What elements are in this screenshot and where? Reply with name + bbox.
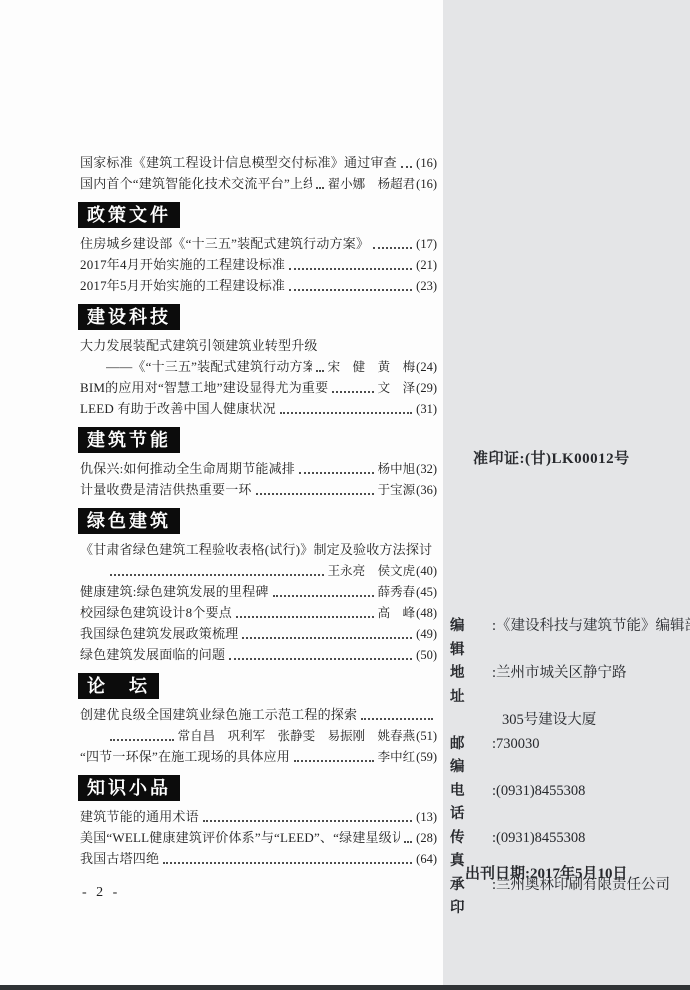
- toc-entry-title: 《甘肃省绿色建筑工程验收表格(试行)》制定及验收方法探讨: [80, 539, 432, 558]
- toc-entry-page-number: (29): [416, 381, 437, 396]
- info-value: :兰州市城关区静宁路: [492, 662, 686, 686]
- toc-entry: ——《“十三五”装配式建筑行动方案》解读宋 健 黄 梅(24): [80, 356, 437, 377]
- toc-entry-title: 住房城乡建设部《“十三五”装配式建筑行动方案》: [80, 233, 369, 252]
- toc-entry: 校园绿色建筑设计8个要点高 峰(48): [80, 602, 437, 623]
- info-label: 邮 编: [450, 733, 492, 780]
- leader-dots: [289, 289, 412, 291]
- toc-entry-authors: 王永亮 侯文虎: [328, 561, 416, 579]
- toc-entry-authors: 翟小娜 杨超君: [328, 174, 416, 192]
- info-value: :(0931)8455308: [492, 827, 686, 851]
- toc-entry-authors: 李中红: [378, 747, 416, 765]
- toc-entry-title: 我国古塔四绝: [80, 848, 159, 867]
- toc-entry-page-number: (51): [416, 729, 437, 744]
- toc-entry-page-number: (31): [416, 402, 437, 417]
- toc-entry-page-number: (50): [416, 648, 437, 663]
- toc-pane: 国家标准《建筑工程设计信息模型交付标准》通过审查(16)国内首个“建筑智能化技术…: [0, 0, 443, 990]
- info-value-second-line: 305号建设大厦: [450, 709, 686, 733]
- toc-entry-page-number: (17): [416, 237, 437, 252]
- leader-dots: [236, 616, 374, 618]
- toc-entry: 王永亮 侯文虎(40): [80, 560, 437, 581]
- toc-entry-page-number: (45): [416, 585, 437, 600]
- toc-entry: 2017年4月开始实施的工程建设标准(21): [80, 254, 437, 275]
- info-label: 地 址: [450, 662, 492, 709]
- toc-entry-title: “四节一环保”在施工现场的具体应用: [80, 746, 290, 765]
- toc-entry-title: 校园绿色建筑设计8个要点: [80, 602, 232, 621]
- toc-entry-page-number: (28): [416, 831, 437, 846]
- section-header: 绿色建筑: [78, 508, 180, 534]
- leader-dots: [110, 574, 324, 576]
- leader-dots: [404, 841, 412, 843]
- toc-entry-page-number: (16): [416, 177, 437, 192]
- toc-entry-page-number: (49): [416, 627, 437, 642]
- leader-dots: [110, 739, 174, 741]
- toc-entry-page-number: (23): [416, 279, 437, 294]
- toc-entry: 国家标准《建筑工程设计信息模型交付标准》通过审查(16): [80, 152, 437, 173]
- section-header: 建筑节能: [78, 427, 180, 453]
- toc-entry-title: 2017年4月开始实施的工程建设标准: [80, 254, 285, 273]
- toc-entry-title: LEED 有助于改善中国人健康状况: [80, 398, 276, 417]
- toc-entry-title: 仇保兴:如何推动全生命周期节能减排: [80, 458, 295, 477]
- leader-dots: [373, 247, 412, 249]
- toc-entry-title: 大力发展装配式建筑引领建筑业转型升级: [80, 335, 318, 354]
- leader-dots: [242, 637, 412, 639]
- leader-dots: [332, 391, 373, 393]
- toc-entry-page-number: (64): [416, 852, 437, 867]
- toc-entry-page-number: (24): [416, 360, 437, 375]
- toc-entry-page-number: (48): [416, 606, 437, 621]
- toc-entry: 建筑节能的通用术语(13): [80, 806, 437, 827]
- leader-dots: [280, 412, 412, 414]
- toc-entry-authors: 高 峰: [378, 603, 416, 621]
- publisher-info-row: 电 话:(0931)8455308: [450, 780, 686, 827]
- page-bottom-edge: [0, 985, 690, 990]
- section-header: 建设科技: [78, 304, 180, 330]
- toc-entry-title: 创建优良级全国建筑业绿色施工示范工程的探索: [80, 704, 357, 723]
- toc-entry-authors: 于宝源: [378, 480, 416, 498]
- section-header: 政策文件: [78, 202, 180, 228]
- leader-dots: [203, 820, 412, 822]
- toc-entry-page-number: (16): [416, 156, 437, 171]
- toc-entry-title: ——《“十三五”装配式建筑行动方案》解读: [106, 356, 312, 375]
- info-value: :730030: [492, 733, 686, 757]
- toc-entry: 美国“WELL健康建筑评价体系”与“LEED”、“绿建星级认证体系”(28): [80, 827, 437, 848]
- toc-entry: 健康建筑:绿色建筑发展的里程碑薛秀春(45): [80, 581, 437, 602]
- print-permit-number: 准印证:(甘)LK00012号: [473, 447, 630, 468]
- publication-date: 出刊日期:2017年5月10日: [465, 862, 628, 883]
- toc-entry-title: 建筑节能的通用术语: [80, 806, 199, 825]
- journal-toc-page: 国家标准《建筑工程设计信息模型交付标准》通过审查(16)国内首个“建筑智能化技术…: [0, 0, 690, 990]
- toc-entry-title: 2017年5月开始实施的工程建设标准: [80, 275, 285, 294]
- toc-entry-page-number: (32): [416, 462, 437, 477]
- toc-entry-authors: 杨中旭: [378, 459, 416, 477]
- toc-entry-authors: 宋 健 黄 梅: [328, 357, 416, 375]
- publisher-info-row: 编 辑:《建设科技与建筑节能》编辑部: [450, 615, 686, 662]
- toc-entry-page-number: (40): [416, 564, 437, 579]
- info-label: 电 话: [450, 780, 492, 827]
- toc-entry: LEED 有助于改善中国人健康状况(31): [80, 398, 437, 419]
- toc-entry-authors: 文 泽: [378, 378, 416, 396]
- toc-entry-page-number: (13): [416, 810, 437, 825]
- leader-dots: [316, 370, 324, 372]
- toc-entry: 仇保兴:如何推动全生命周期节能减排杨中旭(32): [80, 458, 437, 479]
- toc-entry-page-number: (36): [416, 483, 437, 498]
- leader-dots: [163, 862, 412, 864]
- toc-entry-title: 美国“WELL健康建筑评价体系”与“LEED”、“绿建星级认证体系”: [80, 827, 400, 846]
- info-value: :《建设科技与建筑节能》编辑部: [492, 615, 690, 639]
- toc-entry: 大力发展装配式建筑引领建筑业转型升级: [80, 335, 437, 356]
- info-value: :(0931)8455308: [492, 780, 686, 804]
- toc-entry: 我国古塔四绝(64): [80, 848, 437, 869]
- publisher-info-row: 地 址:兰州市城关区静宁路: [450, 662, 686, 709]
- toc-entry: 常自昌 巩利军 张静雯 易振刚 姚春燕(51): [80, 725, 437, 746]
- publication-info-sidebar: 准印证:(甘)LK00012号 编 辑:《建设科技与建筑节能》编辑部地 址:兰州…: [443, 0, 690, 990]
- toc-entry: 创建优良级全国建筑业绿色施工示范工程的探索: [80, 704, 437, 725]
- leader-dots: [294, 760, 374, 762]
- toc-entry-title: 绿色建筑发展面临的问题: [80, 644, 225, 663]
- section-header: 知识小品: [78, 775, 180, 801]
- toc-entry: 国内首个“建筑智能化技术交流平台”上线翟小娜 杨超君(16): [80, 173, 437, 194]
- toc-entry-authors: 薛秀春: [378, 582, 416, 600]
- toc-entry: 计量收费是清洁供热重要一环于宝源(36): [80, 479, 437, 500]
- leader-dots: [316, 187, 324, 189]
- toc-entry-title: 计量收费是清洁供热重要一环: [80, 479, 252, 498]
- section-header: 论 坛: [78, 673, 159, 699]
- toc-entry-title: 国家标准《建筑工程设计信息模型交付标准》通过审查: [80, 152, 397, 171]
- publisher-info-row: 邮 编:730030: [450, 733, 686, 780]
- leader-dots: [299, 472, 374, 474]
- info-label: 编 辑: [450, 615, 492, 662]
- toc-entry: 我国绿色建筑发展政策梳理(49): [80, 623, 437, 644]
- leader-dots: [256, 493, 374, 495]
- page-number: - 2 -: [82, 885, 437, 901]
- table-of-contents: 国家标准《建筑工程设计信息模型交付标准》通过审查(16)国内首个“建筑智能化技术…: [80, 152, 437, 901]
- leader-dots: [401, 166, 412, 168]
- leader-dots: [289, 268, 412, 270]
- toc-entry-title: 健康建筑:绿色建筑发展的里程碑: [80, 581, 269, 600]
- toc-entry: 住房城乡建设部《“十三五”装配式建筑行动方案》(17): [80, 233, 437, 254]
- toc-entry-title: 我国绿色建筑发展政策梳理: [80, 623, 238, 642]
- toc-entry: 《甘肃省绿色建筑工程验收表格(试行)》制定及验收方法探讨: [80, 539, 437, 560]
- toc-entry: 2017年5月开始实施的工程建设标准(23): [80, 275, 437, 296]
- toc-entry: BIM的应用对“智慧工地”建设显得尤为重要文 泽(29): [80, 377, 437, 398]
- toc-entry-title: BIM的应用对“智慧工地”建设显得尤为重要: [80, 377, 328, 396]
- leader-dots: [361, 718, 433, 720]
- toc-entry-page-number: (21): [416, 258, 437, 273]
- leader-dots: [229, 658, 412, 660]
- toc-entry: 绿色建筑发展面临的问题(50): [80, 644, 437, 665]
- toc-entry-title: 国内首个“建筑智能化技术交流平台”上线: [80, 173, 312, 192]
- leader-dots: [273, 595, 374, 597]
- toc-entry-authors: 常自昌 巩利军 张静雯 易振刚 姚春燕: [178, 726, 416, 744]
- toc-entry: “四节一环保”在施工现场的具体应用李中红(59): [80, 746, 437, 767]
- toc-entry-page-number: (59): [416, 750, 437, 765]
